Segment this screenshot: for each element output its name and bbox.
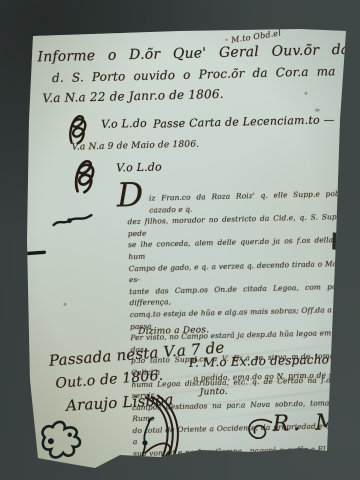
visto-mark-2: V.o L.do bbox=[116, 160, 162, 174]
side-note-line3: Junto. bbox=[200, 387, 228, 398]
paraph-initials: R. M. bbox=[272, 410, 353, 437]
pen-mark-speck bbox=[315, 109, 320, 112]
foxing-speck bbox=[304, 92, 307, 95]
despacho1-line2: d. S. Porto ouvido o Proc.õr da Cor.a ma… bbox=[52, 62, 360, 85]
despacho2-date: V.a N.a 9 de Maio de 1806. bbox=[72, 140, 200, 153]
despacho1-date: V.a N.a 22 de Janr.o de 1806. bbox=[42, 87, 224, 105]
petition-closing: Dizimo a Deos. bbox=[138, 325, 209, 337]
ink-drip bbox=[134, 417, 155, 467]
ink-blot-right-edge bbox=[330, 230, 347, 254]
manuscript-ink-layer: M.to Obd.el Informe o D.õr Que' Geral Ou… bbox=[0, 0, 360, 480]
despacho2-line1: Passe Carta de Lecenciam.to — bbox=[153, 113, 335, 130]
foxing-speck bbox=[64, 303, 67, 306]
ink-blot-dash bbox=[20, 249, 46, 258]
despacho1-line1: Informe o D.õr Que' Geral Ouv.õr da bbox=[37, 42, 349, 66]
foxing-speck bbox=[225, 39, 228, 41]
side-note-line1: P. M.o Ex.do despacho deste bbox=[189, 351, 360, 369]
photo-background: M.to Obd.el Informe o D.õr Que' Geral Ou… bbox=[0, 0, 360, 480]
ink-blot-squiggle bbox=[51, 212, 93, 229]
visto-mark-1: V.o L.do bbox=[101, 117, 147, 131]
rubric-flourish-2 bbox=[70, 156, 105, 197]
top-right-annotation: M.to Obd.el bbox=[231, 28, 282, 44]
ink-blot-splatter bbox=[34, 416, 93, 477]
manuscript-paper: M.to Obd.el Informe o D.õr Que' Geral Ou… bbox=[0, 0, 360, 480]
